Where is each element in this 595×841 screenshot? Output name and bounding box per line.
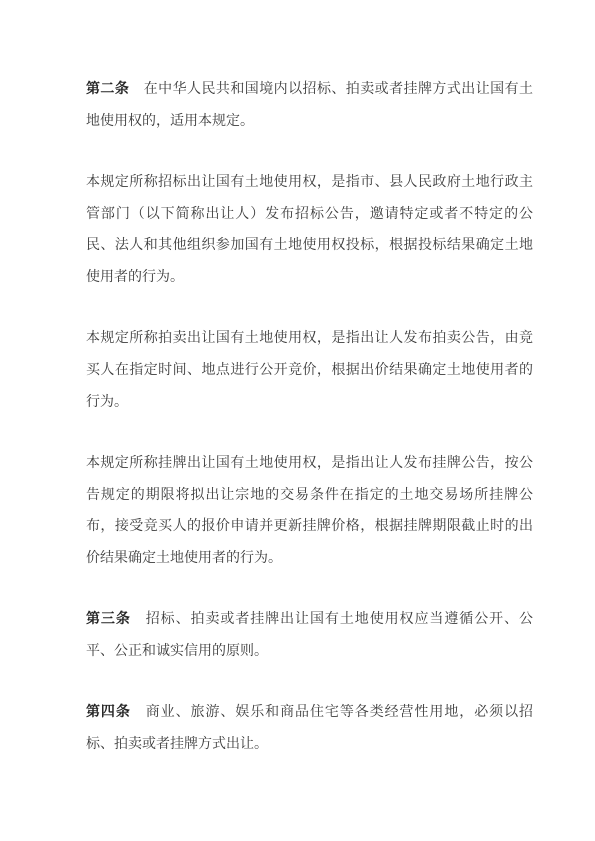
paragraph-text: 本规定所称挂牌出让国有土地使用权，是指出让人发布挂牌公告，按公告规定的期限将拟出… bbox=[86, 455, 533, 566]
paragraph-text: 本规定所称招标出让国有土地使用权，是指市、县人民政府土地行政主管部门（以下简称出… bbox=[86, 174, 533, 285]
article-paragraph: 第二条 在中华人民共和国境内以招标、拍卖或者挂牌方式出让国有土地使用权的，适用本… bbox=[86, 74, 533, 137]
document-page: 第二条 在中华人民共和国境内以招标、拍卖或者挂牌方式出让国有土地使用权的，适用本… bbox=[0, 0, 595, 841]
paragraph-text: 在中华人民共和国境内以招标、拍卖或者挂牌方式出让国有土地使用权的，适用本规定。 bbox=[86, 81, 533, 129]
paragraph-text: 招标、拍卖或者挂牌出让国有土地使用权应当遵循公开、公平、公正和诚实信用的原则。 bbox=[86, 611, 533, 659]
article-paragraph: 第四条 商业、旅游、娱乐和商品住宅等各类经营性用地，必须以招标、拍卖或者挂牌方式… bbox=[86, 697, 533, 760]
paragraph-text: 商业、旅游、娱乐和商品住宅等各类经营性用地，必须以招标、拍卖或者挂牌方式出让。 bbox=[86, 704, 533, 752]
article-paragraph: 本规定所称挂牌出让国有土地使用权，是指出让人发布挂牌公告，按公告规定的期限将拟出… bbox=[86, 448, 533, 575]
article-number: 第四条 bbox=[86, 704, 131, 720]
article-paragraph: 本规定所称拍卖出让国有土地使用权，是指出让人发布拍卖公告，由竞买人在指定时间、地… bbox=[86, 323, 533, 418]
document-content: 第二条 在中华人民共和国境内以招标、拍卖或者挂牌方式出让国有土地使用权的，适用本… bbox=[86, 74, 533, 760]
article-number: 第三条 bbox=[86, 611, 131, 627]
article-paragraph: 本规定所称招标出让国有土地使用权，是指市、县人民政府土地行政主管部门（以下简称出… bbox=[86, 167, 533, 294]
paragraph-text: 本规定所称拍卖出让国有土地使用权，是指出让人发布拍卖公告，由竞买人在指定时间、地… bbox=[86, 330, 533, 409]
article-paragraph: 第三条 招标、拍卖或者挂牌出让国有土地使用权应当遵循公开、公平、公正和诚实信用的… bbox=[86, 604, 533, 667]
article-number: 第二条 bbox=[86, 81, 129, 97]
